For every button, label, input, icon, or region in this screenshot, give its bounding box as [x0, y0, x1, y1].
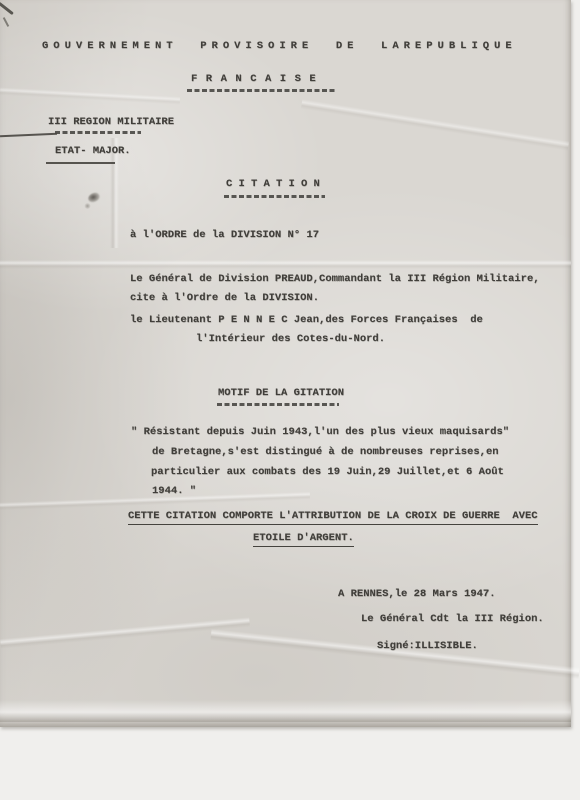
body-para2-line2: l'Intérieur des Cotes-du-Nord. — [196, 334, 385, 345]
dashed-rule-citation — [224, 195, 325, 198]
signature-signed: Signé:ILLISIBLE. — [377, 641, 478, 652]
motif-heading: MOTIF DE LA GITATION — [218, 388, 344, 399]
paper-sheet: GOUVERNEMENT PROVISOIRE DE LAREPUBLIQUE … — [0, 0, 571, 727]
signature-signatory: Le Général Cdt la III Région. — [361, 614, 544, 625]
crease-horizontal-mid — [0, 260, 571, 269]
bottom-fold-highlight — [0, 700, 571, 722]
body-para1-line1: Le Général de Division PREAUD,Commandant… — [130, 274, 540, 285]
corner-pen-mark — [0, 2, 14, 15]
citation-title: CITATION — [226, 179, 326, 190]
region-line: III REGION MILITAIRE — [48, 117, 174, 128]
dashed-rule-region — [55, 131, 141, 134]
crease-diagonal-upperleft — [0, 87, 180, 104]
award-line1: CETTE CITATION COMPORTE L'ATTRIBUTION DE… — [128, 511, 538, 525]
letterhead-line2: FRANCAISE — [191, 74, 324, 85]
order-line: à l'ORDRE de la DIVISION N° 17 — [130, 230, 319, 241]
dashed-rule-motif — [217, 403, 339, 406]
ink-smudge-tail — [84, 203, 91, 209]
body-para2-line1: le Lieutenant P E N N E C Jean,des Force… — [130, 315, 483, 326]
motif-quote-line3: particulier aux combats des 19 Juin,29 J… — [151, 467, 504, 478]
margin-pen-line — [0, 133, 57, 137]
etat-major-line: ETAT- MAJOR. — [55, 146, 131, 157]
letterhead-line1: GOUVERNEMENT PROVISOIRE DE LAREPUBLIQUE — [42, 41, 517, 52]
motif-quote-line4: 1944. " — [152, 486, 196, 497]
crease-diagonal-bottomleft — [0, 617, 250, 649]
dashed-rule-francaise — [187, 89, 335, 92]
body-para1-line2: cite à l'Ordre de la DIVISION. — [130, 293, 319, 304]
solid-rule-etat-major — [46, 162, 115, 164]
signature-place-date: A RENNES,le 28 Mars 1947. — [338, 589, 496, 600]
motif-quote-line1: " Résistant depuis Juin 1943,l'un des pl… — [131, 427, 509, 438]
crease-diagonal-topright — [301, 99, 569, 151]
award-line2: ETOILE D'ARGENT. — [253, 533, 354, 547]
corner-pen-mark-2 — [3, 17, 9, 27]
motif-quote-line2: de Bretagne,s'est distingué à de nombreu… — [152, 447, 499, 458]
ink-smudge — [87, 192, 101, 204]
scanned-document-page: GOUVERNEMENT PROVISOIRE DE LAREPUBLIQUE … — [0, 0, 580, 800]
crease-diagonal-bottomright — [210, 629, 579, 680]
